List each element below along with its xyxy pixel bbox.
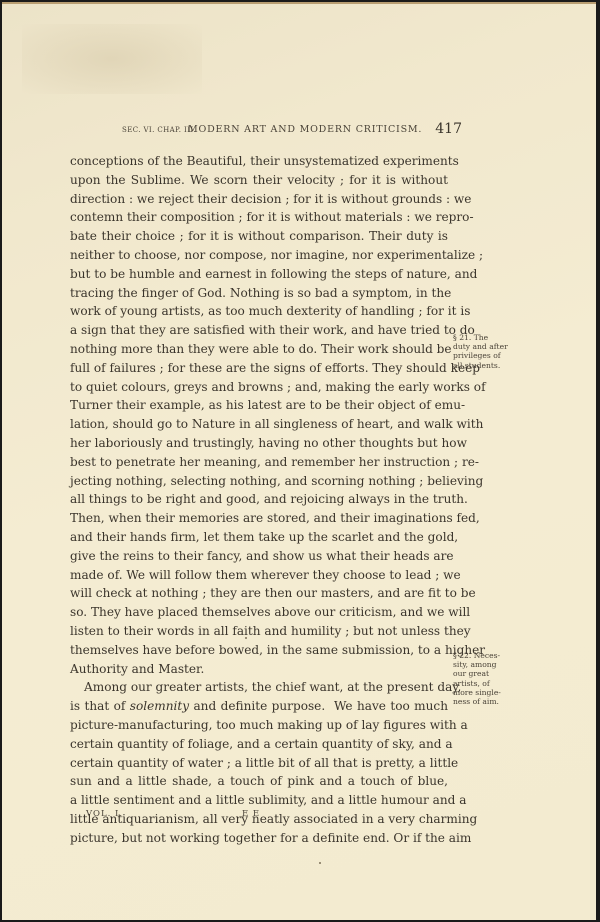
text-line: picture-manufacturing, too much making u… bbox=[70, 716, 448, 735]
text-line: and their hands firm, let them take up t… bbox=[70, 528, 448, 547]
text-line: certain quantity of foliage, and a certa… bbox=[70, 735, 448, 754]
page-number: 417 bbox=[435, 121, 462, 137]
paper-stain bbox=[22, 24, 202, 94]
body-text: conceptions of the Beautiful, their unsy… bbox=[70, 152, 448, 847]
footer-signature: E E bbox=[242, 809, 260, 819]
text-line: bate their choice ; for it is without co… bbox=[70, 227, 448, 246]
text-line: give the reins to their fancy, and show … bbox=[70, 547, 448, 566]
paper-speck bbox=[245, 637, 247, 639]
text-line: themselves have before bowed, in the sam… bbox=[70, 641, 448, 660]
text-line: sun and a little shade, a touch of pink … bbox=[70, 772, 448, 791]
text-line: nothing more than they were able to do. … bbox=[70, 340, 448, 359]
sidenote-line: all students. bbox=[453, 361, 508, 370]
sidenote-line: more single- bbox=[453, 688, 501, 697]
sidenote-line: our great bbox=[453, 669, 501, 678]
header-title: MODERN ART AND MODERN CRITICISM. bbox=[188, 124, 422, 135]
text-line: direction : we reject their decision ; f… bbox=[70, 190, 448, 209]
text-line-with-emphasis: is that of solemnity and definite purpos… bbox=[70, 697, 448, 716]
sidenote-21: § 21. The duty and after privileges of a… bbox=[453, 333, 508, 370]
text-line: so. They have placed themselves above ou… bbox=[70, 603, 448, 622]
text-line: listen to their words in all faith and h… bbox=[70, 622, 448, 641]
text-line: jecting nothing, selecting nothing, and … bbox=[70, 472, 448, 491]
text-line: contemn their composition ; for it is wi… bbox=[70, 208, 448, 227]
text-line: Authority and Master. bbox=[70, 660, 448, 679]
sidenote-line: privileges of bbox=[453, 351, 508, 360]
text-line: neither to choose, nor compose, nor imag… bbox=[70, 246, 448, 265]
text-line: best to penetrate her meaning, and remem… bbox=[70, 453, 448, 472]
text-line: tracing the finger of God. Nothing is so… bbox=[70, 284, 448, 303]
text-line: certain quantity of water ; a little bit… bbox=[70, 754, 448, 773]
text-line: lation, should go to Nature in all singl… bbox=[70, 415, 448, 434]
sidenote-line: sity, among bbox=[453, 660, 501, 669]
running-header: SEC. VI. CHAP. III. MODERN ART AND MODER… bbox=[122, 123, 462, 139]
sidenote-line: duty and after bbox=[453, 342, 508, 351]
text-segment: is that of bbox=[70, 699, 130, 713]
text-line: conceptions of the Beautiful, their unsy… bbox=[70, 152, 448, 171]
book-page: SEC. VI. CHAP. III. MODERN ART AND MODER… bbox=[2, 2, 596, 920]
header-section: SEC. VI. CHAP. III. bbox=[122, 126, 196, 134]
sidenote-line: § 21. The bbox=[453, 333, 508, 342]
text-line: made of. We will follow them wherever th… bbox=[70, 566, 448, 585]
text-segment: and definite purpose. We have too much bbox=[189, 699, 448, 713]
sidenote-line: artists, of bbox=[453, 679, 501, 688]
text-line: picture, but not working together for a … bbox=[70, 829, 448, 848]
text-line: upon the Sublime. We scorn their velocit… bbox=[70, 171, 448, 190]
sidenote-22: § 22. Neces- sity, among our great artis… bbox=[453, 651, 501, 706]
text-line: her laboriously and trustingly, having n… bbox=[70, 434, 448, 453]
sidenote-line: § 22. Neces- bbox=[453, 651, 501, 660]
text-line: a sign that they are satisfied with thei… bbox=[70, 321, 448, 340]
text-line: Turner their example, as his latest are … bbox=[70, 396, 448, 415]
text-line: Then, when their memories are stored, an… bbox=[70, 509, 448, 528]
text-line: a little sentiment and a little sublimit… bbox=[70, 791, 448, 810]
paragraph-start: Among our greater artists, the chief wan… bbox=[70, 678, 448, 697]
footer-volume: VOL. I. bbox=[86, 809, 123, 819]
text-line: will check at nothing ; they are then ou… bbox=[70, 584, 448, 603]
emphasis-word: solemnity bbox=[130, 699, 189, 713]
text-line: but to be humble and earnest in followin… bbox=[70, 265, 448, 284]
paper-speck bbox=[319, 862, 321, 864]
sidenote-line: ness of aim. bbox=[453, 697, 501, 706]
text-line: full of failures ; for these are the sig… bbox=[70, 359, 448, 378]
text-line: all things to be right and good, and rej… bbox=[70, 490, 448, 509]
text-line: to quiet colours, greys and browns ; and… bbox=[70, 378, 448, 397]
text-line: work of young artists, as too much dexte… bbox=[70, 302, 448, 321]
